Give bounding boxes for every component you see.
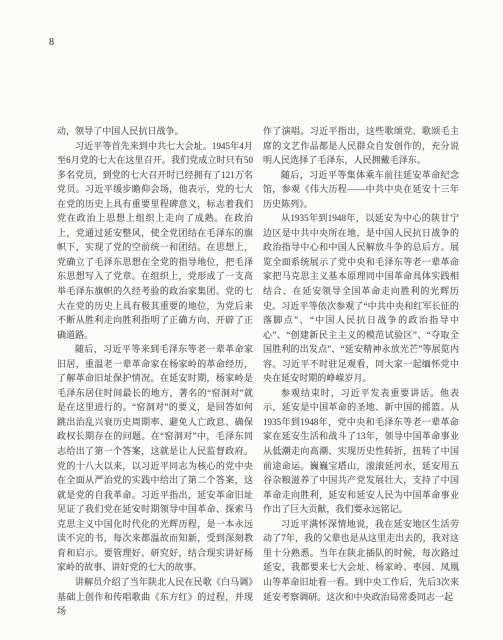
paragraph: 讲解员介绍了当年陕北人民在民歌《白马调》基础上创作和传唱歌曲《东方红》的过程，并… (57, 575, 253, 619)
paragraph: 习近平满怀深情地说，我在延安地区生活劳动了7年，我的父辈也是从这里走出去的，我对… (263, 517, 459, 604)
document-page: 8 动，领导了中国人民抗日战争。 习近平等首先来到中共七大会址。1945年4月至… (0, 0, 503, 640)
paragraph: 随后，习近平等集体乘车前往延安革命纪念馆，参观《伟大历程——中共中央在延安十三年… (263, 168, 459, 212)
paragraph-continuation: 动，领导了中国人民抗日战争。 (57, 124, 253, 139)
left-column: 动，领导了中国人民抗日战争。 习近平等首先来到中共七大会址。1945年4月至6月… (57, 124, 253, 619)
page-number: 8 (49, 37, 54, 48)
paragraph: 从1935年到1948年，以延安为中心的陕甘宁边区是中共中央所在地，是中国人民抗… (263, 211, 459, 386)
article-body: 动，领导了中国人民抗日战争。 习近平等首先来到中共七大会址。1945年4月至6月… (57, 124, 459, 619)
paragraph: 随后，习近平等来到毛泽东等老一辈革命家旧居，重温老一辈革命家在杨家岭的革命经历，… (57, 342, 253, 575)
right-column: 作了演唱。习近平指出，这些歌颂党、歌颂毛主席的文艺作品都是人民群众自发创作的，充… (263, 124, 459, 619)
paragraph: 参观结束时，习近平发表重要讲话。他表示，延安是中国革命的圣地、新中国的摇篮。从1… (263, 386, 459, 517)
paragraph: 习近平等首先来到中共七大会址。1945年4月至6月党的七大在这里召开。我们党成立… (57, 139, 253, 343)
paragraph-continuation: 作了演唱。习近平指出，这些歌颂党、歌颂毛主席的文艺作品都是人民群众自发创作的，充… (263, 124, 459, 168)
